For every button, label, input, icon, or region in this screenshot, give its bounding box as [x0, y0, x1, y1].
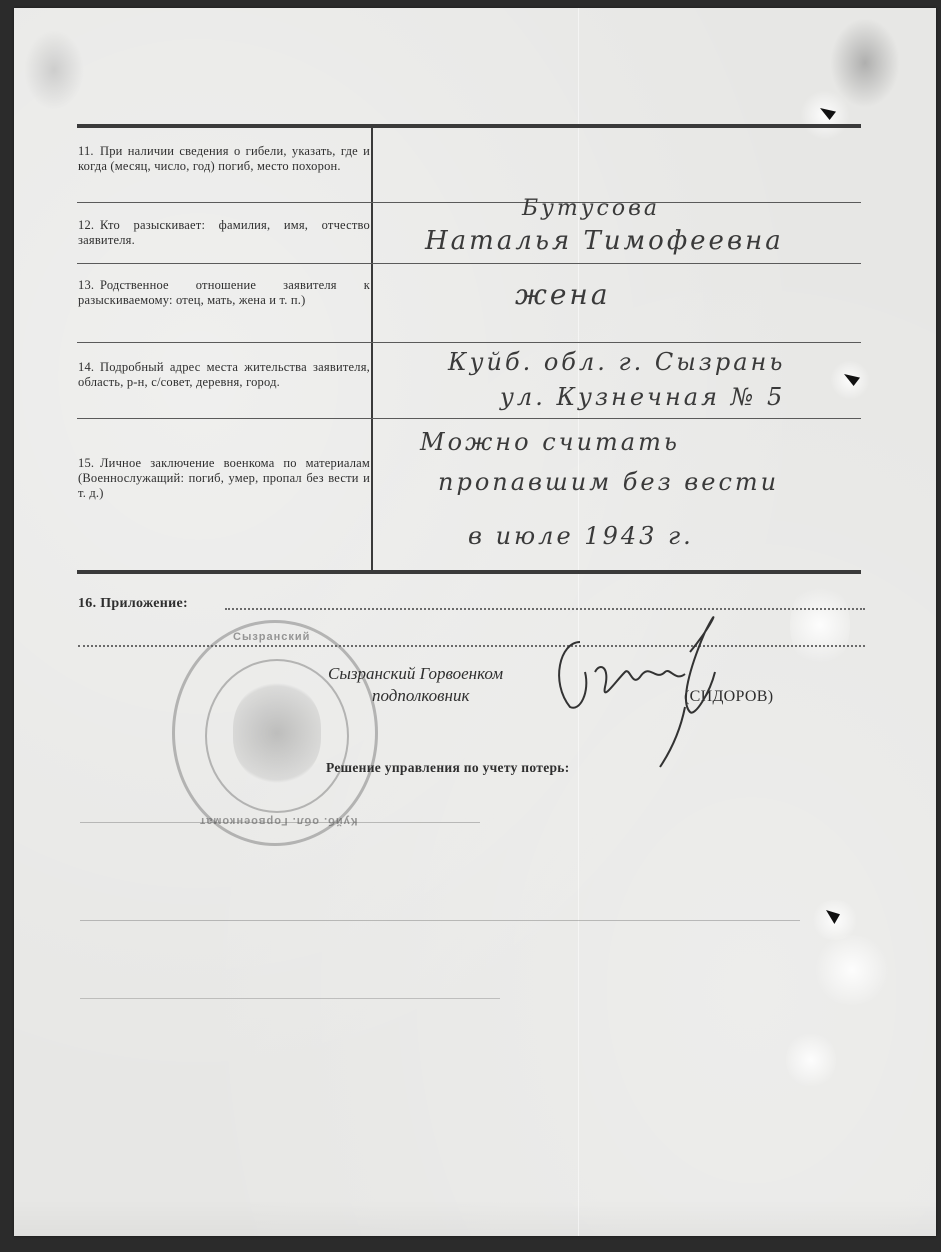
hole-damage: [790, 580, 850, 670]
field-label-text: При наличии сведения о гибели, указать, …: [78, 144, 370, 173]
row-divider: [77, 263, 861, 264]
hole-damage: [812, 935, 892, 1005]
decision-line: [80, 822, 480, 823]
field-12-value-name: Наталья Тимофеевна: [425, 226, 784, 256]
field-number: 12.: [78, 218, 100, 233]
field-number: 11.: [78, 144, 100, 159]
decision-line: [80, 998, 500, 999]
attachment-label: 16. Приложение:: [78, 596, 188, 612]
field-11-label: 11.При наличии сведения о гибели, указат…: [78, 144, 370, 174]
field-number: 15.: [78, 456, 100, 471]
field-label-text: Родственное отношение заявителя к разыск…: [78, 278, 370, 307]
field-15-value-line1: Можно считать: [420, 428, 680, 456]
table-bottom-rule: [77, 570, 861, 574]
row-divider: [77, 418, 861, 419]
field-label-text: Личное заключение военкома по материалам…: [78, 456, 370, 500]
field-label-text: Кто разыскивает: фамилия, имя, отчество …: [78, 218, 370, 247]
field-15-value-line3: в июле 1943 г.: [468, 522, 694, 550]
field-14-value-line1: Куйб. обл. г. Сызрань: [448, 348, 785, 376]
field-14-value-line2: ул. Кузнечная № 5: [500, 383, 785, 411]
official-stamp: Сызранский Куйб. обл. Горвоенкомат: [172, 620, 378, 846]
signatory-title-line1: Сызранский Горвоенком: [328, 664, 503, 684]
field-14-label: 14.Подробный адрес места жительства заяв…: [78, 360, 370, 390]
field-13-value: жена: [515, 278, 611, 311]
page-shadow: [14, 1200, 936, 1240]
stamp-text-bottom: Куйб. обл. Горвоенкомат: [199, 815, 358, 827]
stamp-text-top: Сызранский: [233, 631, 310, 643]
table-top-rule: [77, 124, 861, 128]
hole-damage: [786, 1030, 836, 1090]
row-divider: [77, 342, 861, 343]
field-number: 13.: [78, 278, 100, 293]
row-divider: [77, 202, 861, 203]
field-12-label: 12.Кто разыскивает: фамилия, имя, отчест…: [78, 218, 370, 248]
attachment-line: [225, 608, 865, 610]
signature-icon: [540, 612, 750, 772]
table-column-divider: [371, 128, 373, 570]
field-15-label: 15.Личное заключение военкома по материа…: [78, 456, 370, 501]
field-label-text: Подробный адрес места жительства заявите…: [78, 360, 370, 389]
field-13-label: 13.Родственное отношение заявителя к раз…: [78, 278, 370, 308]
decision-label: Решение управления по учету потерь:: [326, 760, 570, 776]
signatory-title-line2: подполковник: [372, 686, 469, 706]
hole-damage: [800, 90, 850, 140]
field-number: 14.: [78, 360, 100, 375]
emblem-icon: [233, 683, 321, 783]
stain-mark: [24, 30, 84, 110]
field-12-value-surname: Бутусова: [522, 196, 660, 221]
decision-line: [80, 920, 800, 921]
field-15-value-line2: пропавшим без вести: [438, 468, 779, 496]
